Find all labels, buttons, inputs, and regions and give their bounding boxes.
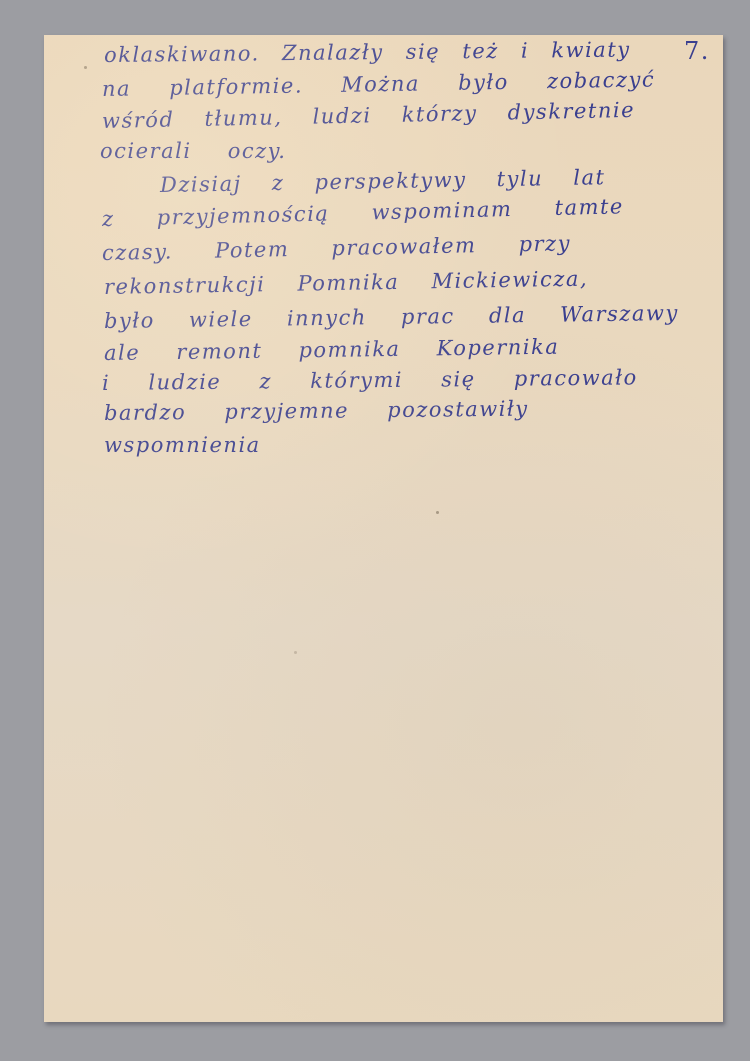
handwritten-line-5: Dzisiaj z perspektywy tylu lat — [160, 165, 606, 197]
paper-speck — [294, 651, 297, 654]
handwritten-line-1: oklaskiwano. Znalazły się też i kwiaty — [104, 37, 631, 67]
handwritten-line-2: na platformie. Można było zobaczyć — [102, 67, 656, 101]
handwritten-line-8: rekonstrukcji Pomnika Mickiewicza, — [104, 267, 588, 299]
handwritten-line-11: i ludzie z którymi się pracowało — [102, 365, 638, 395]
handwritten-line-9: było wiele innych prac dla Warszawy — [104, 301, 679, 333]
handwritten-line-6: z przyjemnością wspominam tamte — [102, 194, 624, 231]
handwritten-line-12: bardzo przyjemne pozostawiły — [104, 397, 529, 425]
handwritten-line-7: czasy. Potem pracowałem przy — [102, 231, 571, 265]
paper-speck — [84, 66, 87, 69]
letter-page: oklaskiwano. Znalazły się też i kwiaty 7… — [44, 35, 723, 1022]
handwritten-line-10: ale remont pomnika Kopernika — [104, 335, 560, 365]
handwritten-line-4: ocierali oczy. — [100, 139, 286, 163]
handwritten-line-13: wspomnienia — [104, 433, 261, 457]
paper-speck — [436, 511, 439, 514]
page-number: 7. — [684, 37, 710, 65]
handwritten-line-3: wśród tłumu, ludzi którzy dyskretnie — [102, 98, 635, 133]
